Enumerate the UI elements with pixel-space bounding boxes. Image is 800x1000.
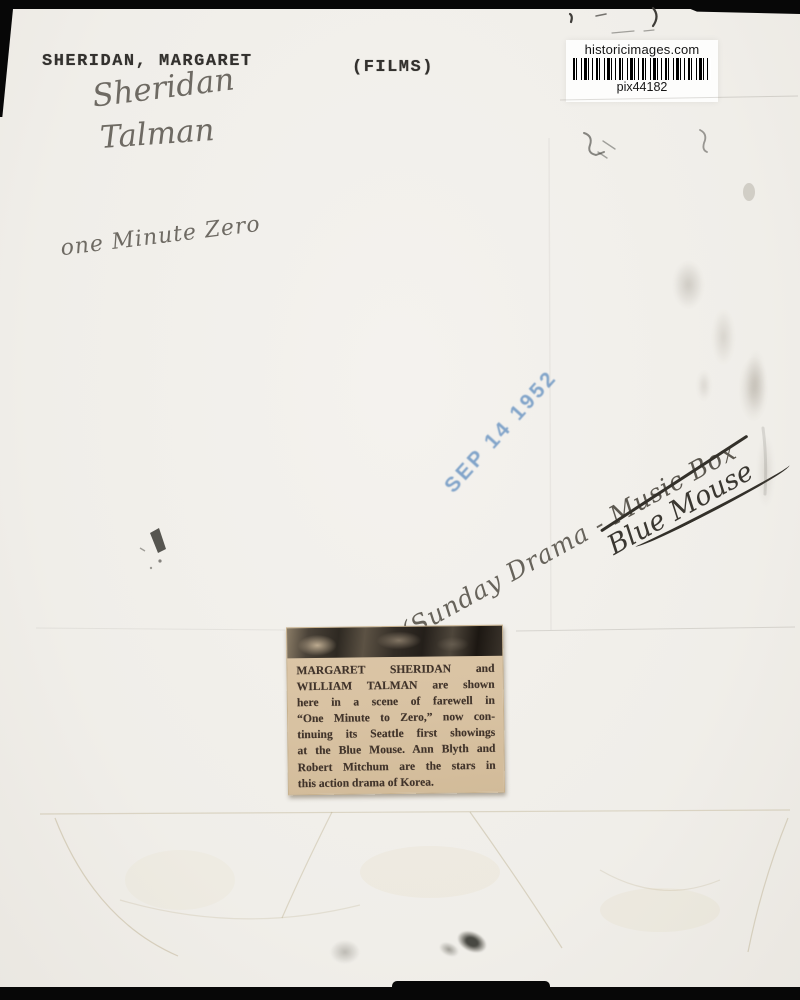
stain-smudge — [652, 256, 782, 436]
clipping-line: Robert Mitchum are the stars in — [298, 757, 496, 776]
scan-edge-left-wedge — [0, 9, 13, 117]
ink-smudge — [426, 910, 504, 980]
photo-back-scan: SHERIDAN, MARGARET (FILMS) historicimage… — [0, 0, 800, 1000]
ink-smudge — [330, 940, 360, 964]
stain-smudge — [726, 336, 792, 541]
news-clipping: MARGARET SHERIDAN and WILLIAM TALMAN are… — [286, 625, 505, 796]
handwritten-costar-note: Talman — [99, 112, 216, 156]
venue-note-prefix: (Sunday Drama - — [396, 505, 618, 646]
clipping-line: this action drama of Korea. — [298, 773, 496, 792]
tape-residue-outline — [40, 810, 790, 956]
clipping-text-block: MARGARET SHERIDAN and WILLIAM TALMAN are… — [287, 656, 504, 792]
scan-edge-bottom-bump — [392, 981, 550, 991]
archive-barcode-label: historicimages.com pix44182 — [566, 40, 718, 102]
archive-site-text: historicimages.com — [566, 42, 718, 57]
barcode-icon — [573, 58, 711, 80]
scan-edge-top — [0, 0, 800, 9]
clipping-line: at the Blue Mouse. Ann Blyth and — [297, 741, 495, 760]
handwritten-film-title-note: one Minute Zero — [59, 212, 262, 261]
crease-lines — [36, 96, 798, 631]
typed-category: (FILMS) — [352, 58, 434, 77]
date-stamp: SEP 14 1952 — [440, 366, 562, 498]
clipping-photo-fragment — [287, 626, 502, 659]
photo-id-text: pix44182 — [566, 80, 718, 94]
ink-blob — [140, 528, 166, 569]
venue-note-line: (Sunday Drama - Music Box — [396, 434, 746, 645]
scan-edge-top-right — [688, 8, 800, 14]
